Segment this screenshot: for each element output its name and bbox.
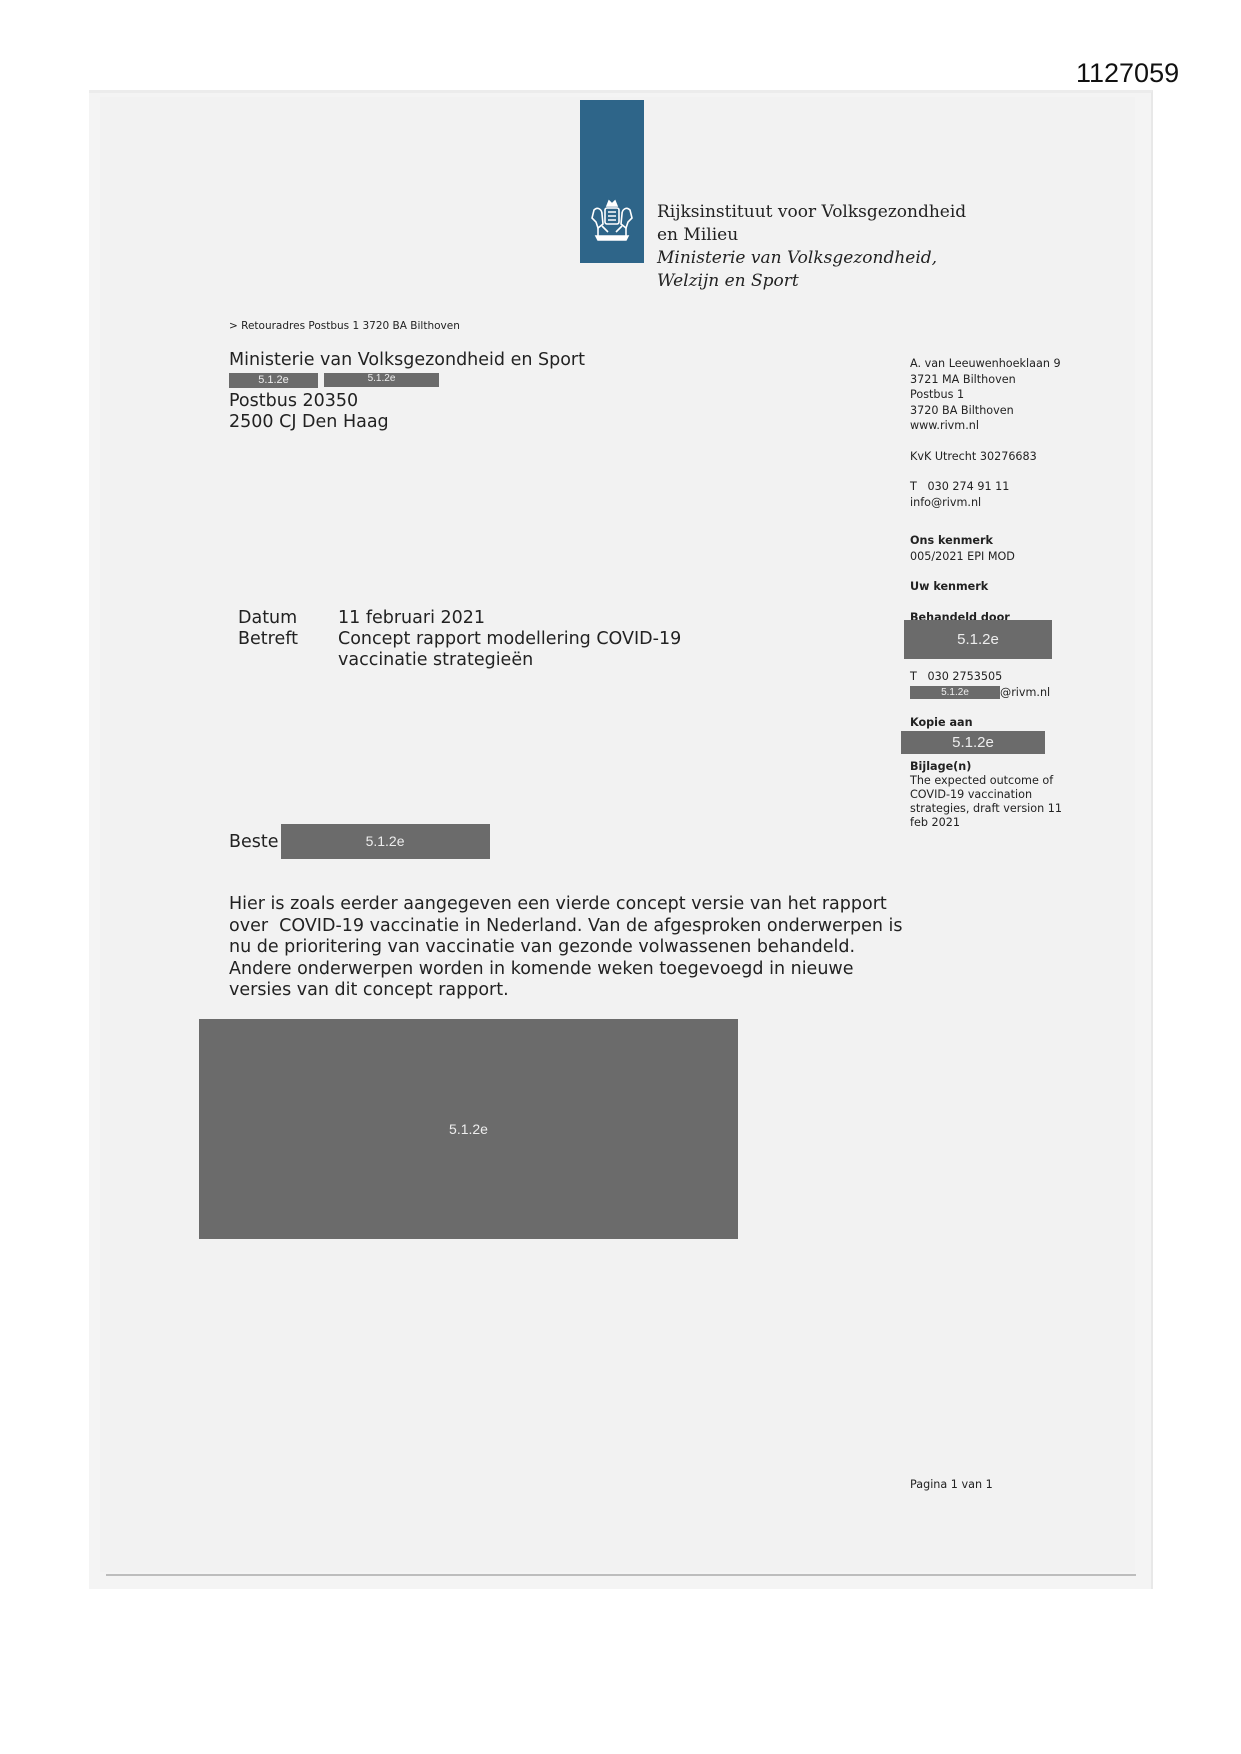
sender-postcode: 3721 MA Bilthoven <box>910 372 1070 388</box>
ons-kenmerk-value: 005/2021 EPI MOD <box>910 549 1070 565</box>
page-edge <box>106 1574 1136 1576</box>
letter-meta: Datum 11 februari 2021 Betreft Concept r… <box>238 608 718 671</box>
sender-email: info@rivm.nl <box>910 495 1070 511</box>
recipient-name: Ministerie van Volksgezondheid en Sport <box>229 350 585 371</box>
recipient-address: Ministerie van Volksgezondheid en Sport … <box>229 350 585 433</box>
ons-kenmerk-label: Ons kenmerk <box>910 533 1070 549</box>
institute-name-line1: Rijksinstituut voor Volksgezondheid <box>657 201 966 224</box>
redaction-block: 5.1.2e <box>199 1019 738 1239</box>
date-value: 11 februari 2021 <box>338 608 718 629</box>
ministry-name-line2: Welzijn en Sport <box>657 270 966 293</box>
recipient-redactions: 5.1.2e 5.1.2e <box>229 373 585 389</box>
institute-name-line2: en Milieu <box>657 224 966 247</box>
bijlagen-label: Bijlage(n) <box>910 759 1070 775</box>
subject-line: Concept rapport modellering COVID-19 <box>338 629 718 650</box>
royal-crest-icon <box>586 196 638 248</box>
salutation: Beste 5.1.2e <box>229 824 490 859</box>
sender-kvk: KvK Utrecht 30276683 <box>910 449 1070 465</box>
subject-value: Concept rapport modellering COVID-19 vac… <box>338 629 718 671</box>
redaction-block: 5.1.2e <box>901 731 1045 754</box>
document-id: 1127059 <box>1076 58 1179 89</box>
sender-postbus-city: 3720 BA Bilthoven <box>910 403 1070 419</box>
redaction-block: 5.1.2e <box>904 620 1052 659</box>
recipient-postbus: Postbus 20350 <box>229 391 585 412</box>
bijlagen-value: The expected outcome of COVID-19 vaccina… <box>910 774 1070 830</box>
redaction-block: 5.1.2e <box>229 373 318 388</box>
recipient-city: 2500 CJ Den Haag <box>229 412 585 433</box>
subject-label: Betreft <box>238 629 338 671</box>
date-label: Datum <box>238 608 338 629</box>
redaction-block: 5.1.2e <box>324 373 439 387</box>
salutation-text: Beste <box>229 832 279 852</box>
redaction-block: 5.1.2e <box>910 686 1000 699</box>
uw-kenmerk-label: Uw kenmerk <box>910 579 1070 595</box>
sender-street: A. van Leeuwenhoeklaan 9 <box>910 356 1070 372</box>
sender-phone: T 030 274 91 11 <box>910 479 1070 495</box>
sender-website: www.rivm.nl <box>910 418 1070 434</box>
redaction-block: 5.1.2e <box>281 824 490 859</box>
body-paragraph: Hier is zoals eerder aangegeven een vier… <box>229 894 909 1002</box>
sender-details-column: A. van Leeuwenhoeklaan 9 3721 MA Bilthov… <box>910 356 1070 830</box>
contact-phone: T 030 2753505 <box>910 669 1070 685</box>
letterhead-text: Rijksinstituut voor Volksgezondheid en M… <box>657 201 966 293</box>
sender-postbus: Postbus 1 <box>910 387 1070 403</box>
contact-email: 5.1.2e @rivm.nl <box>910 685 1070 701</box>
page-indicator: Pagina 1 van 1 <box>910 1478 993 1491</box>
return-address: > Retouradres Postbus 1 3720 BA Bilthove… <box>229 320 460 332</box>
ministry-name-line1: Ministerie van Volksgezondheid, <box>657 247 966 270</box>
kopie-aan-label: Kopie aan <box>910 715 1070 731</box>
subject-line: vaccinatie strategieën <box>338 650 718 671</box>
contact-email-suffix: @rivm.nl <box>1000 685 1050 701</box>
